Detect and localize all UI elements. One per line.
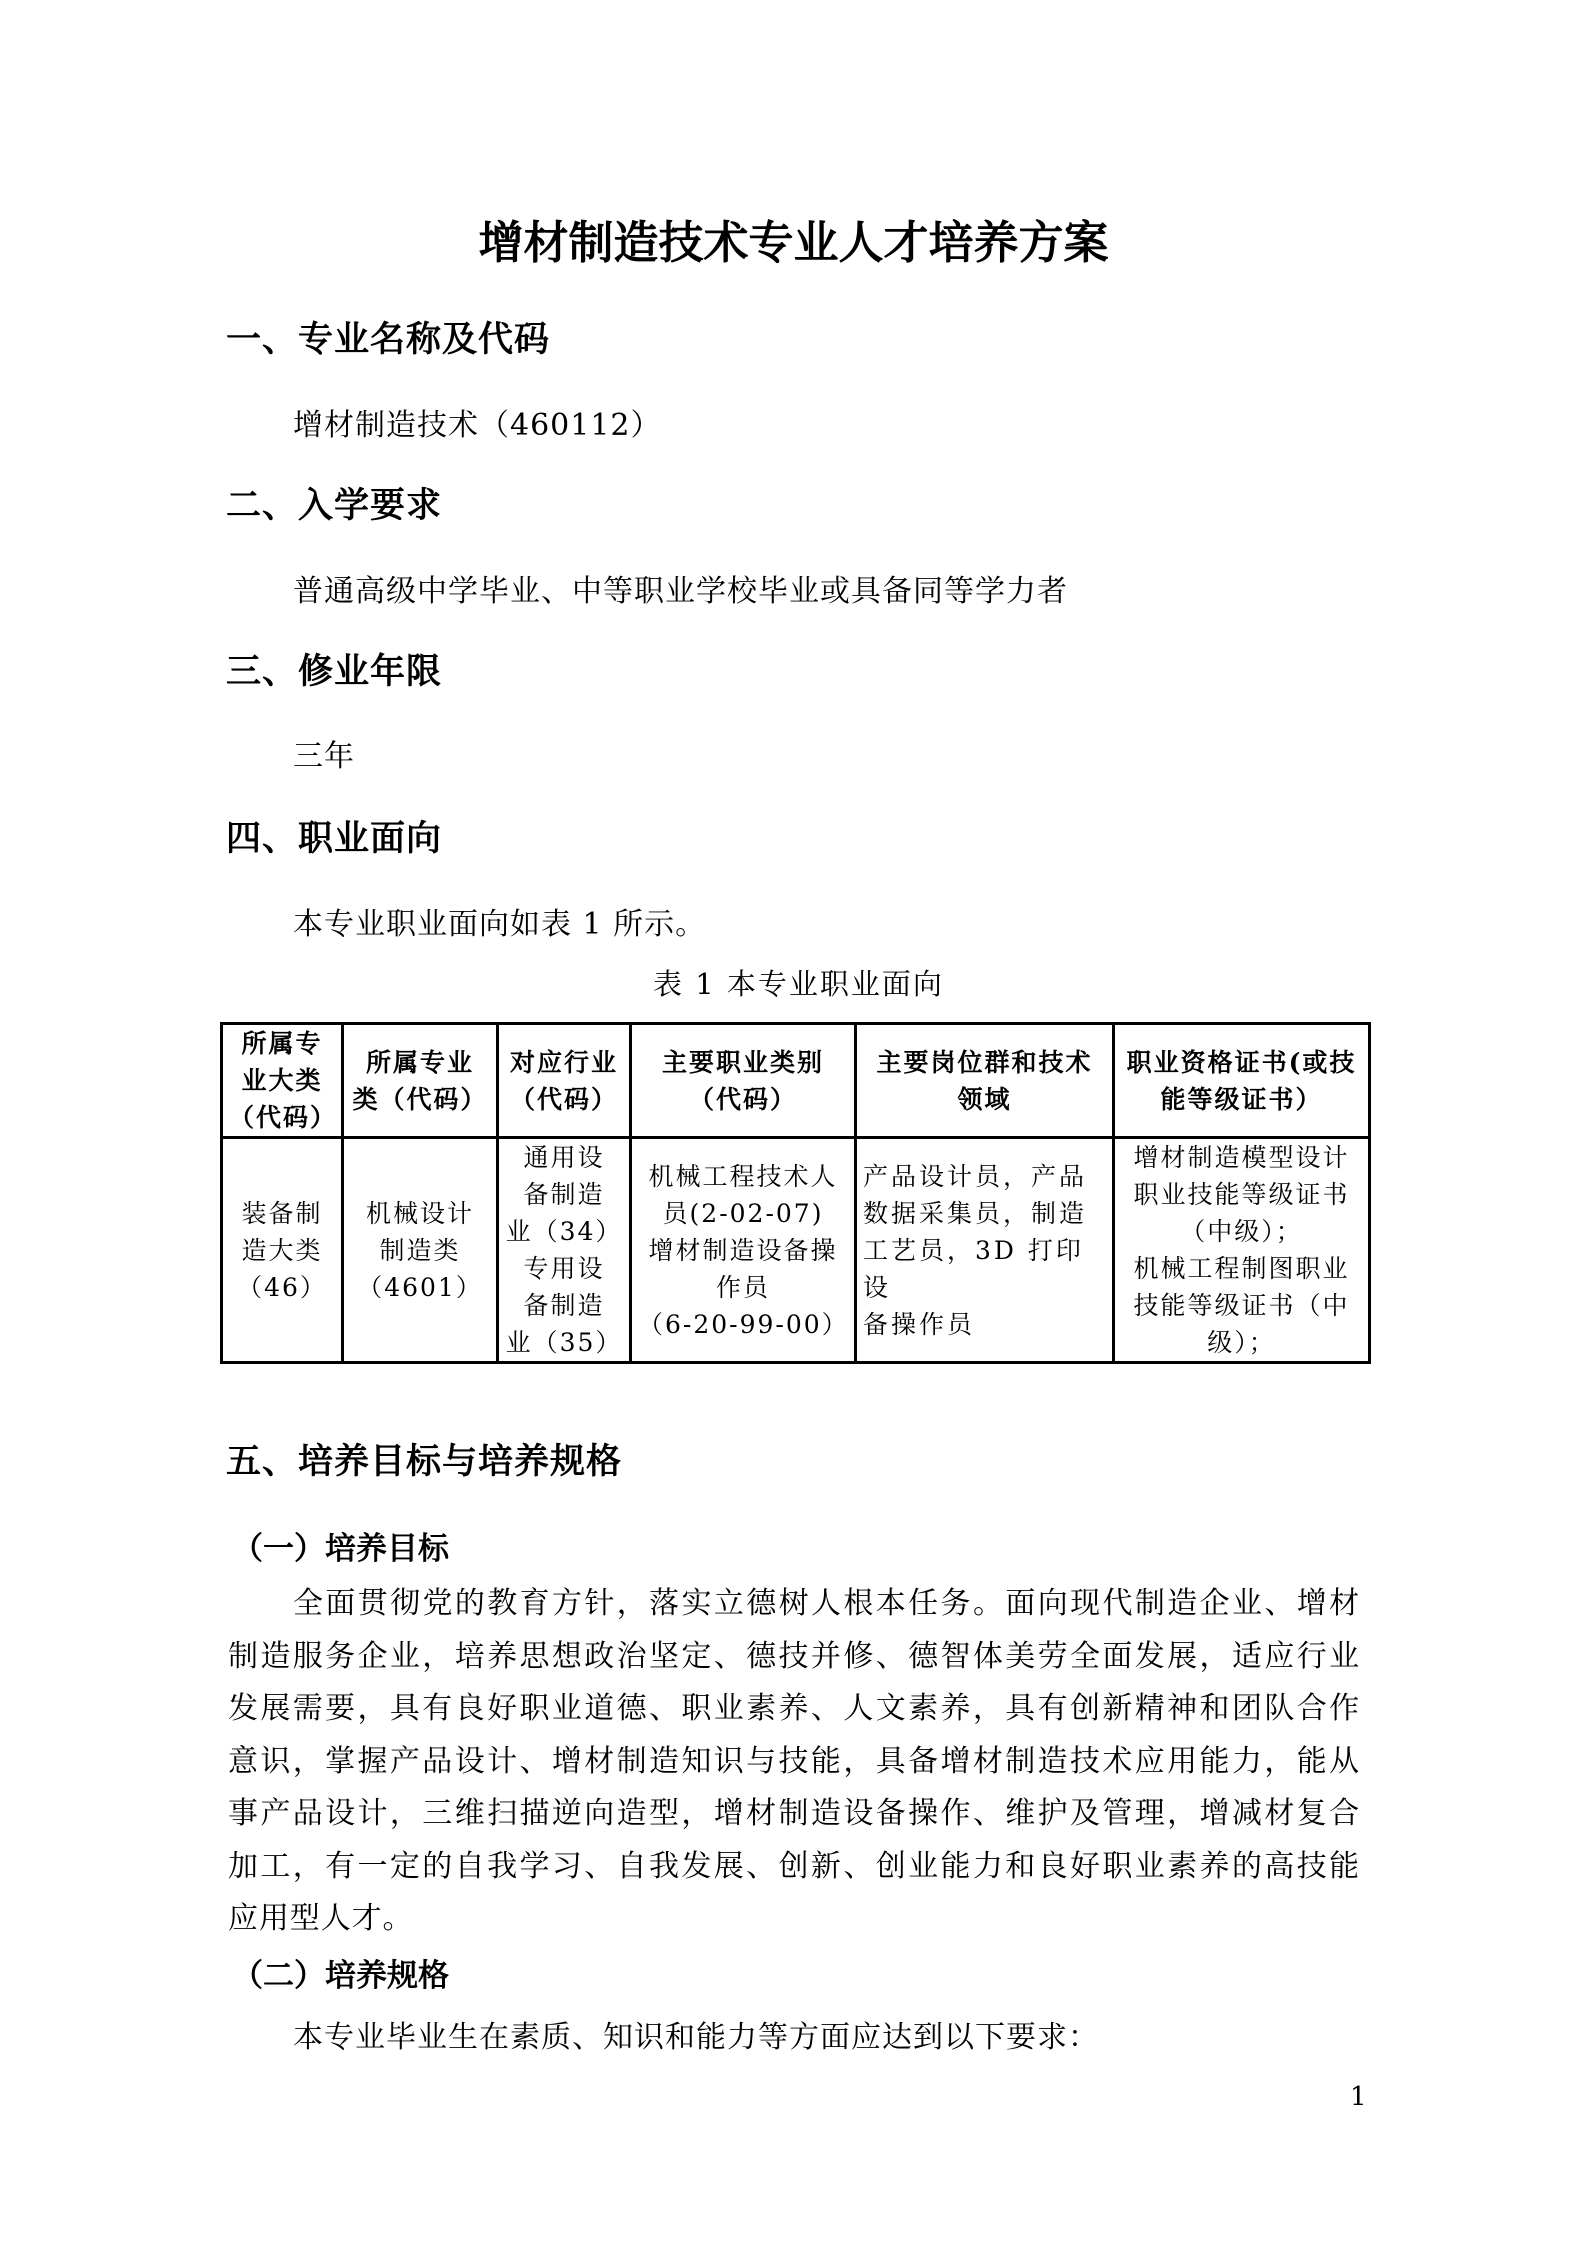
document-title: 增材制造技术专业人才培养方案 <box>0 206 1587 271</box>
header-major-class: 所属专业 类（代码） <box>343 1024 498 1138</box>
section-heading-4: 四、职业面向 <box>226 811 442 861</box>
occupation-table: 所属专 业大类 （代码） 所属专业 类（代码） 对应行业 （代码） 主要职业类别… <box>220 1022 1368 1364</box>
section-body-4: 本专业职业面向如表 1 所示。 <box>293 899 706 943</box>
table-caption: 表 1 本专业职业面向 <box>0 962 1587 1003</box>
section-heading-1: 一、专业名称及代码 <box>226 312 550 362</box>
cell-major-category: 装备制 造大类 （46） <box>222 1138 343 1363</box>
subsection-heading-1: （一）培养目标 <box>232 1523 449 1568</box>
cell-positions: 产品设计员，产品 数据采集员，制造 工艺员，3D 打印设 备操作员 <box>856 1138 1114 1363</box>
cell-occupation: 机械工程技术人 员(2-02-07) 增材制造设备操 作员 （6-20-99-0… <box>631 1138 856 1363</box>
header-certificates: 职业资格证书(或技 能等级证书） <box>1114 1024 1370 1138</box>
section-heading-3: 三、修业年限 <box>226 644 442 694</box>
subsection-heading-2: （二）培养规格 <box>232 1950 449 1995</box>
header-occupation: 主要职业类别 （代码） <box>631 1024 856 1138</box>
training-objective-paragraph: 全面贯彻党的教育方针，落实立德树人根本任务。面向现代制造企业、增材 制造服务企业… <box>228 1578 1360 1946</box>
header-major-category: 所属专 业大类 （代码） <box>222 1024 343 1138</box>
table-header-row: 所属专 业大类 （代码） 所属专业 类（代码） 对应行业 （代码） 主要职业类别… <box>222 1024 1370 1138</box>
cell-industry: 通用设 备制造 业（34） 专用设 备制造 业（35） <box>498 1138 631 1363</box>
header-industry: 对应行业 （代码） <box>498 1024 631 1138</box>
section-body-3: 三年 <box>293 731 355 775</box>
section-heading-2: 二、入学要求 <box>226 478 442 528</box>
header-positions: 主要岗位群和技术 领域 <box>856 1024 1114 1138</box>
training-spec-intro: 本专业毕业生在素质、知识和能力等方面应达到以下要求： <box>293 2012 1099 2056</box>
cell-major-class: 机械设计 制造类 （4601） <box>343 1138 498 1363</box>
cell-certificates: 增材制造模型设计 职业技能等级证书 （中级）； 机械工程制图职业 技能等级证书（… <box>1114 1138 1370 1363</box>
table-row: 装备制 造大类 （46） 机械设计 制造类 （4601） 通用设 备制造 业（3… <box>222 1138 1370 1363</box>
page-number: 1 <box>1350 2082 1367 2112</box>
section-body-1: 增材制造技术（460112） <box>293 400 662 444</box>
section-body-2: 普通高级中学毕业、中等职业学校毕业或具备同等学力者 <box>293 566 1068 610</box>
section-heading-5: 五、培养目标与培养规格 <box>226 1434 622 1484</box>
